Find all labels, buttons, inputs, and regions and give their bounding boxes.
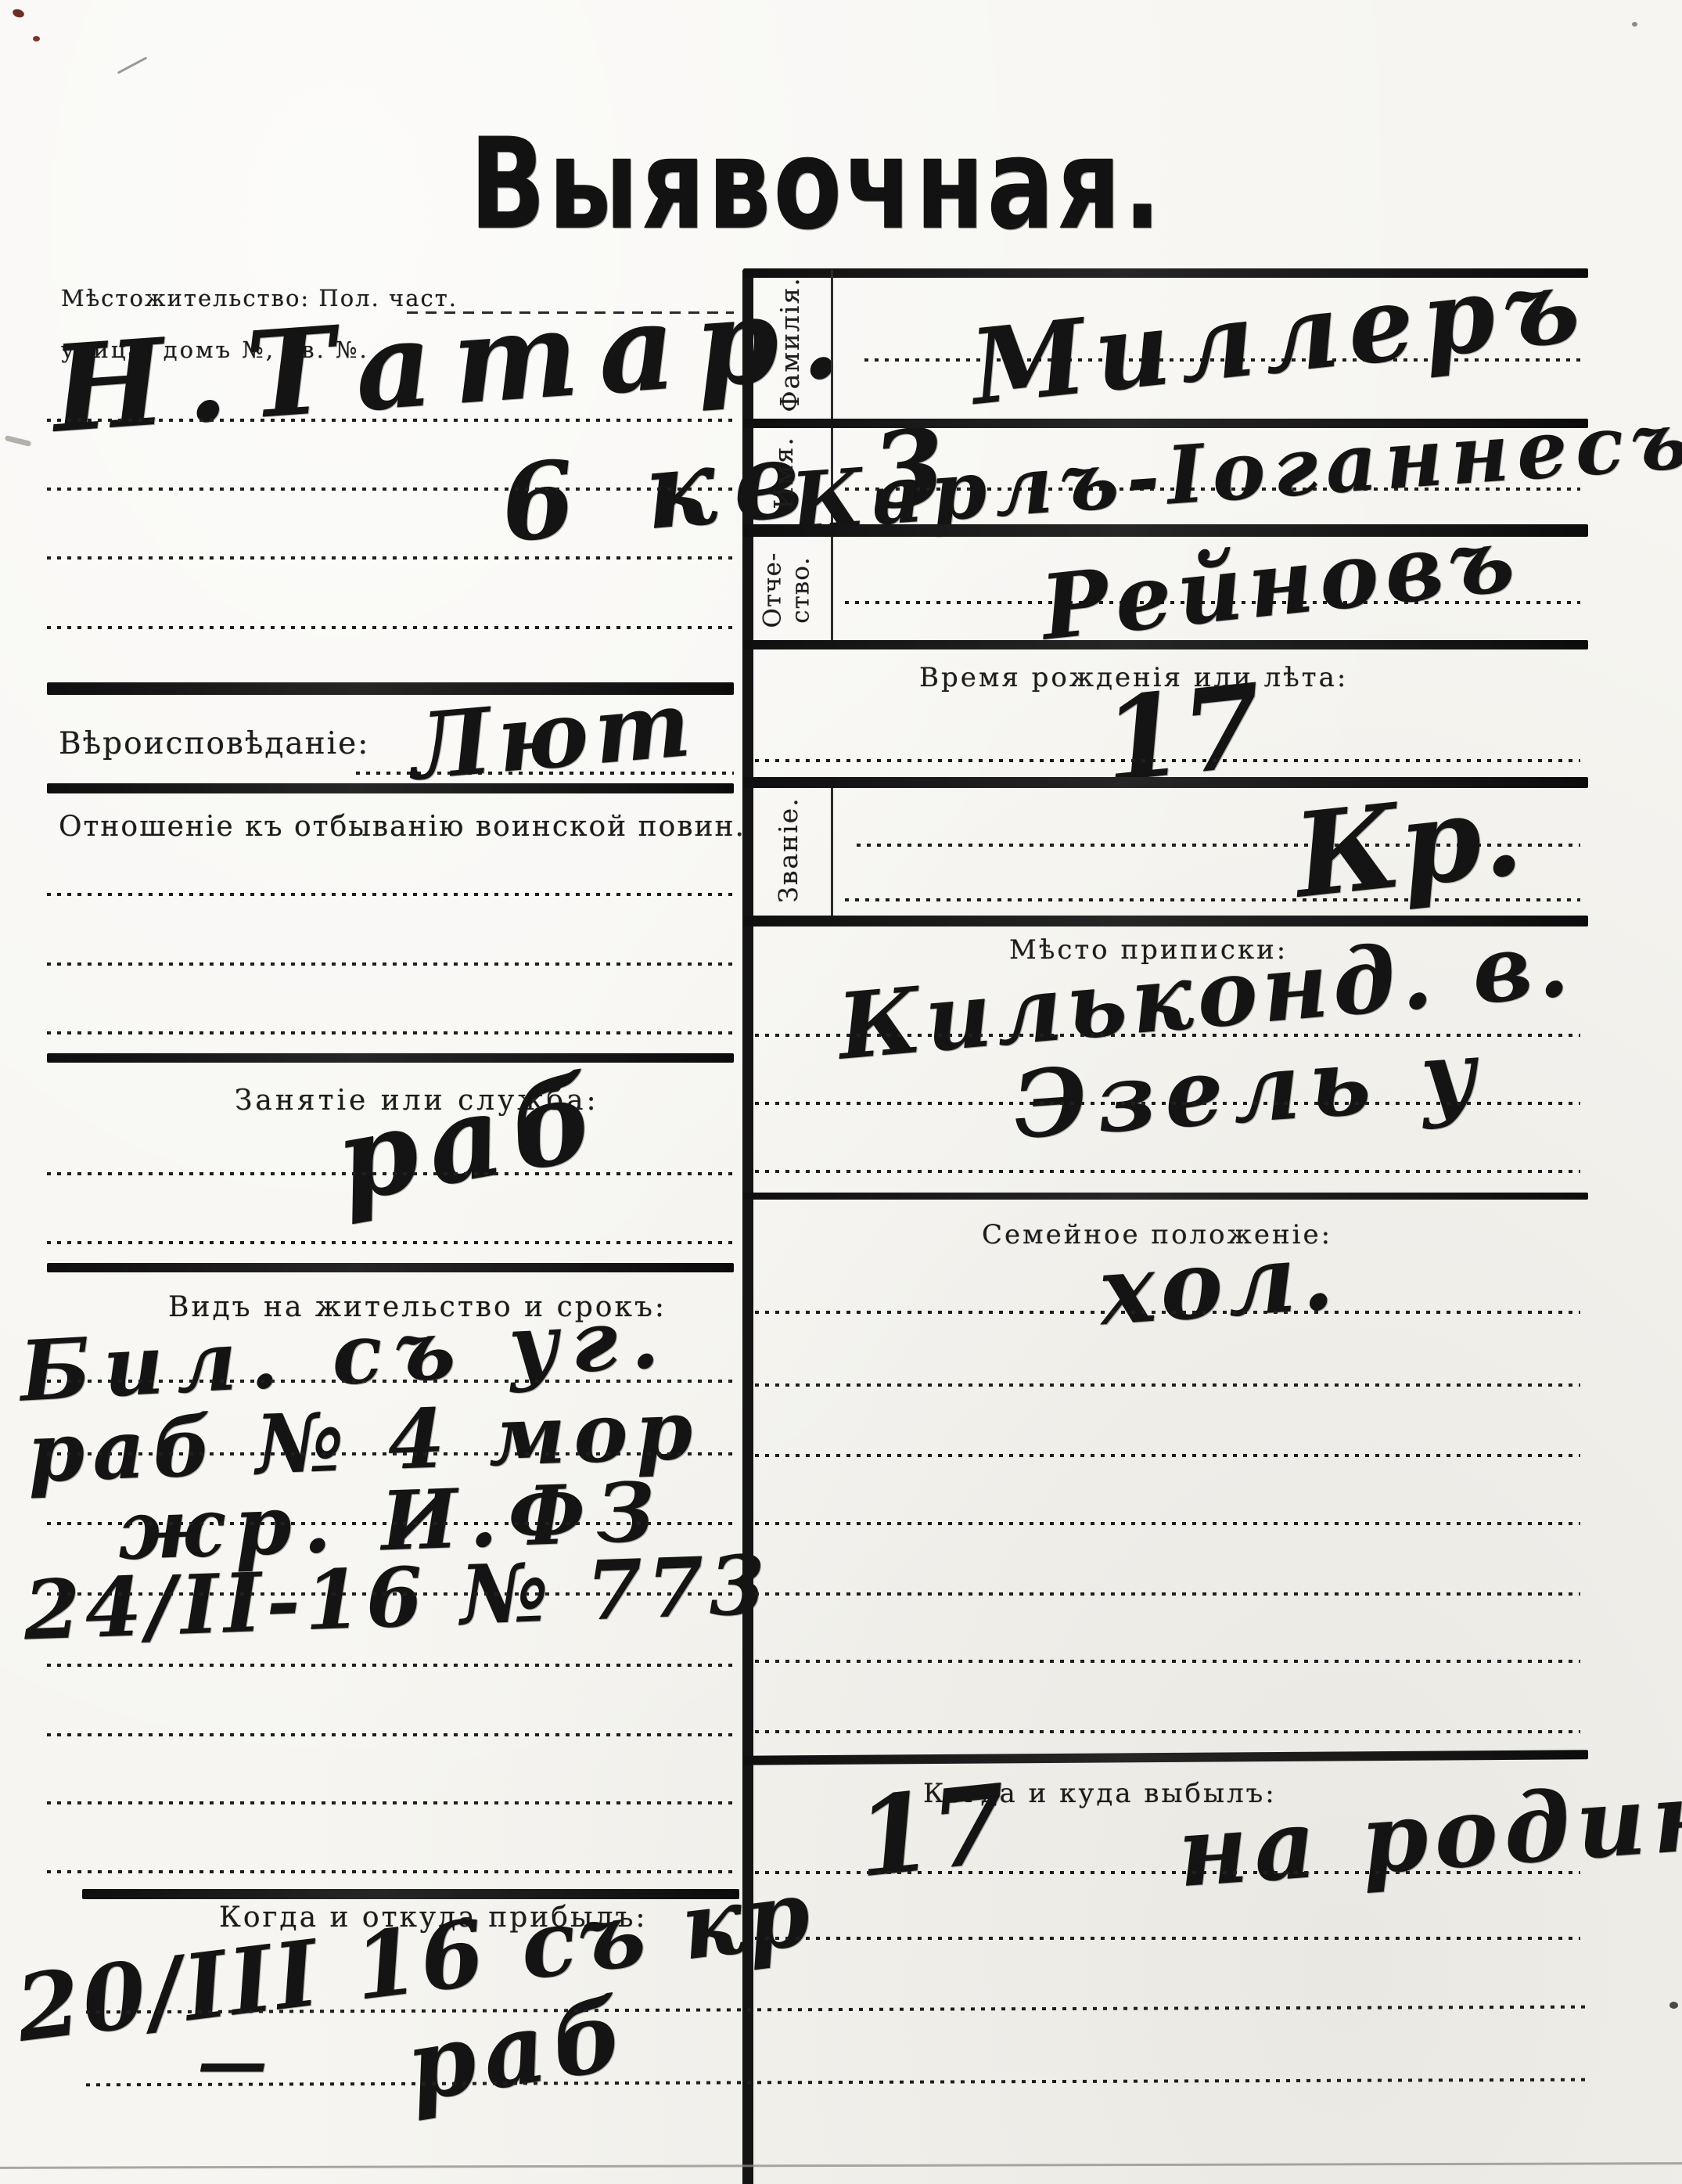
rank-label: Званіе. (774, 797, 803, 902)
ruled-line (47, 893, 734, 896)
section-rule (743, 1750, 1588, 1765)
ruled-line (47, 1522, 734, 1525)
departure-value-when: 17 (850, 1759, 1013, 1902)
ruled-line (47, 1801, 734, 1804)
surname-label: Фамилія. (775, 276, 805, 412)
ruled-line (47, 1241, 734, 1244)
scan-artifact (5, 435, 32, 447)
ruled-line (47, 626, 734, 629)
ruled-line (47, 419, 734, 422)
scan-artifact (117, 56, 147, 74)
scan-artifact (1632, 22, 1637, 27)
label-separator (831, 788, 833, 916)
ruled-line (47, 1870, 734, 1873)
departure-value-where: на родину (1174, 1754, 1682, 1909)
ruled-line (47, 1172, 734, 1175)
page-edge-shadow (0, 2162, 1682, 2169)
arrival-dash: — (197, 2020, 268, 2103)
scan-artifact (33, 36, 40, 41)
column-divider (742, 270, 753, 2184)
ruled-line (755, 1871, 1580, 1874)
ruled-line (755, 1170, 1580, 1173)
page-title: Выявочная. (469, 111, 1163, 258)
ruled-line (755, 1522, 1580, 1525)
section-rule (743, 1193, 1588, 1200)
ruled-line (755, 1383, 1580, 1387)
ruled-line (47, 488, 734, 491)
ruled-line (47, 1592, 734, 1596)
section-rule (47, 1263, 734, 1272)
section-rule (47, 783, 734, 793)
patronymic-label: Отче- ство. (759, 552, 814, 628)
religion-label: Вѣроисповѣданіе: (59, 726, 369, 761)
ruled-line (755, 1311, 1580, 1314)
ruled-line (755, 1102, 1580, 1105)
ruled-line (47, 1031, 734, 1034)
ruled-line (47, 1664, 734, 1667)
scan-artifact (12, 8, 25, 19)
rank-value: Кр. (1288, 765, 1528, 923)
scan-artifact (1669, 2002, 1678, 2009)
ruled-line (47, 962, 734, 966)
ruled-line (755, 759, 1580, 762)
ruled-line (755, 1454, 1580, 1457)
registration-card-scan: Выявочная. Мѣстожительство: Пол. част. у… (0, 0, 1682, 2184)
ruled-line (47, 1452, 734, 1455)
section-rule (743, 640, 1588, 649)
ruled-line (755, 1592, 1580, 1596)
ruled-line (47, 1733, 734, 1736)
ruled-line (47, 556, 734, 559)
ruled-line (86, 2078, 1588, 2087)
military-duty-label: Отношеніе къ отбыванію воинской повин. (59, 811, 746, 843)
ruled-line (755, 1730, 1580, 1733)
occupation-value: раб (327, 1049, 616, 1228)
ruled-line (755, 1937, 1580, 1940)
ruled-line (47, 1380, 734, 1383)
marital-value: хол. (1095, 1221, 1341, 1347)
section-rule (47, 1053, 734, 1063)
ruled-line (755, 1660, 1580, 1663)
